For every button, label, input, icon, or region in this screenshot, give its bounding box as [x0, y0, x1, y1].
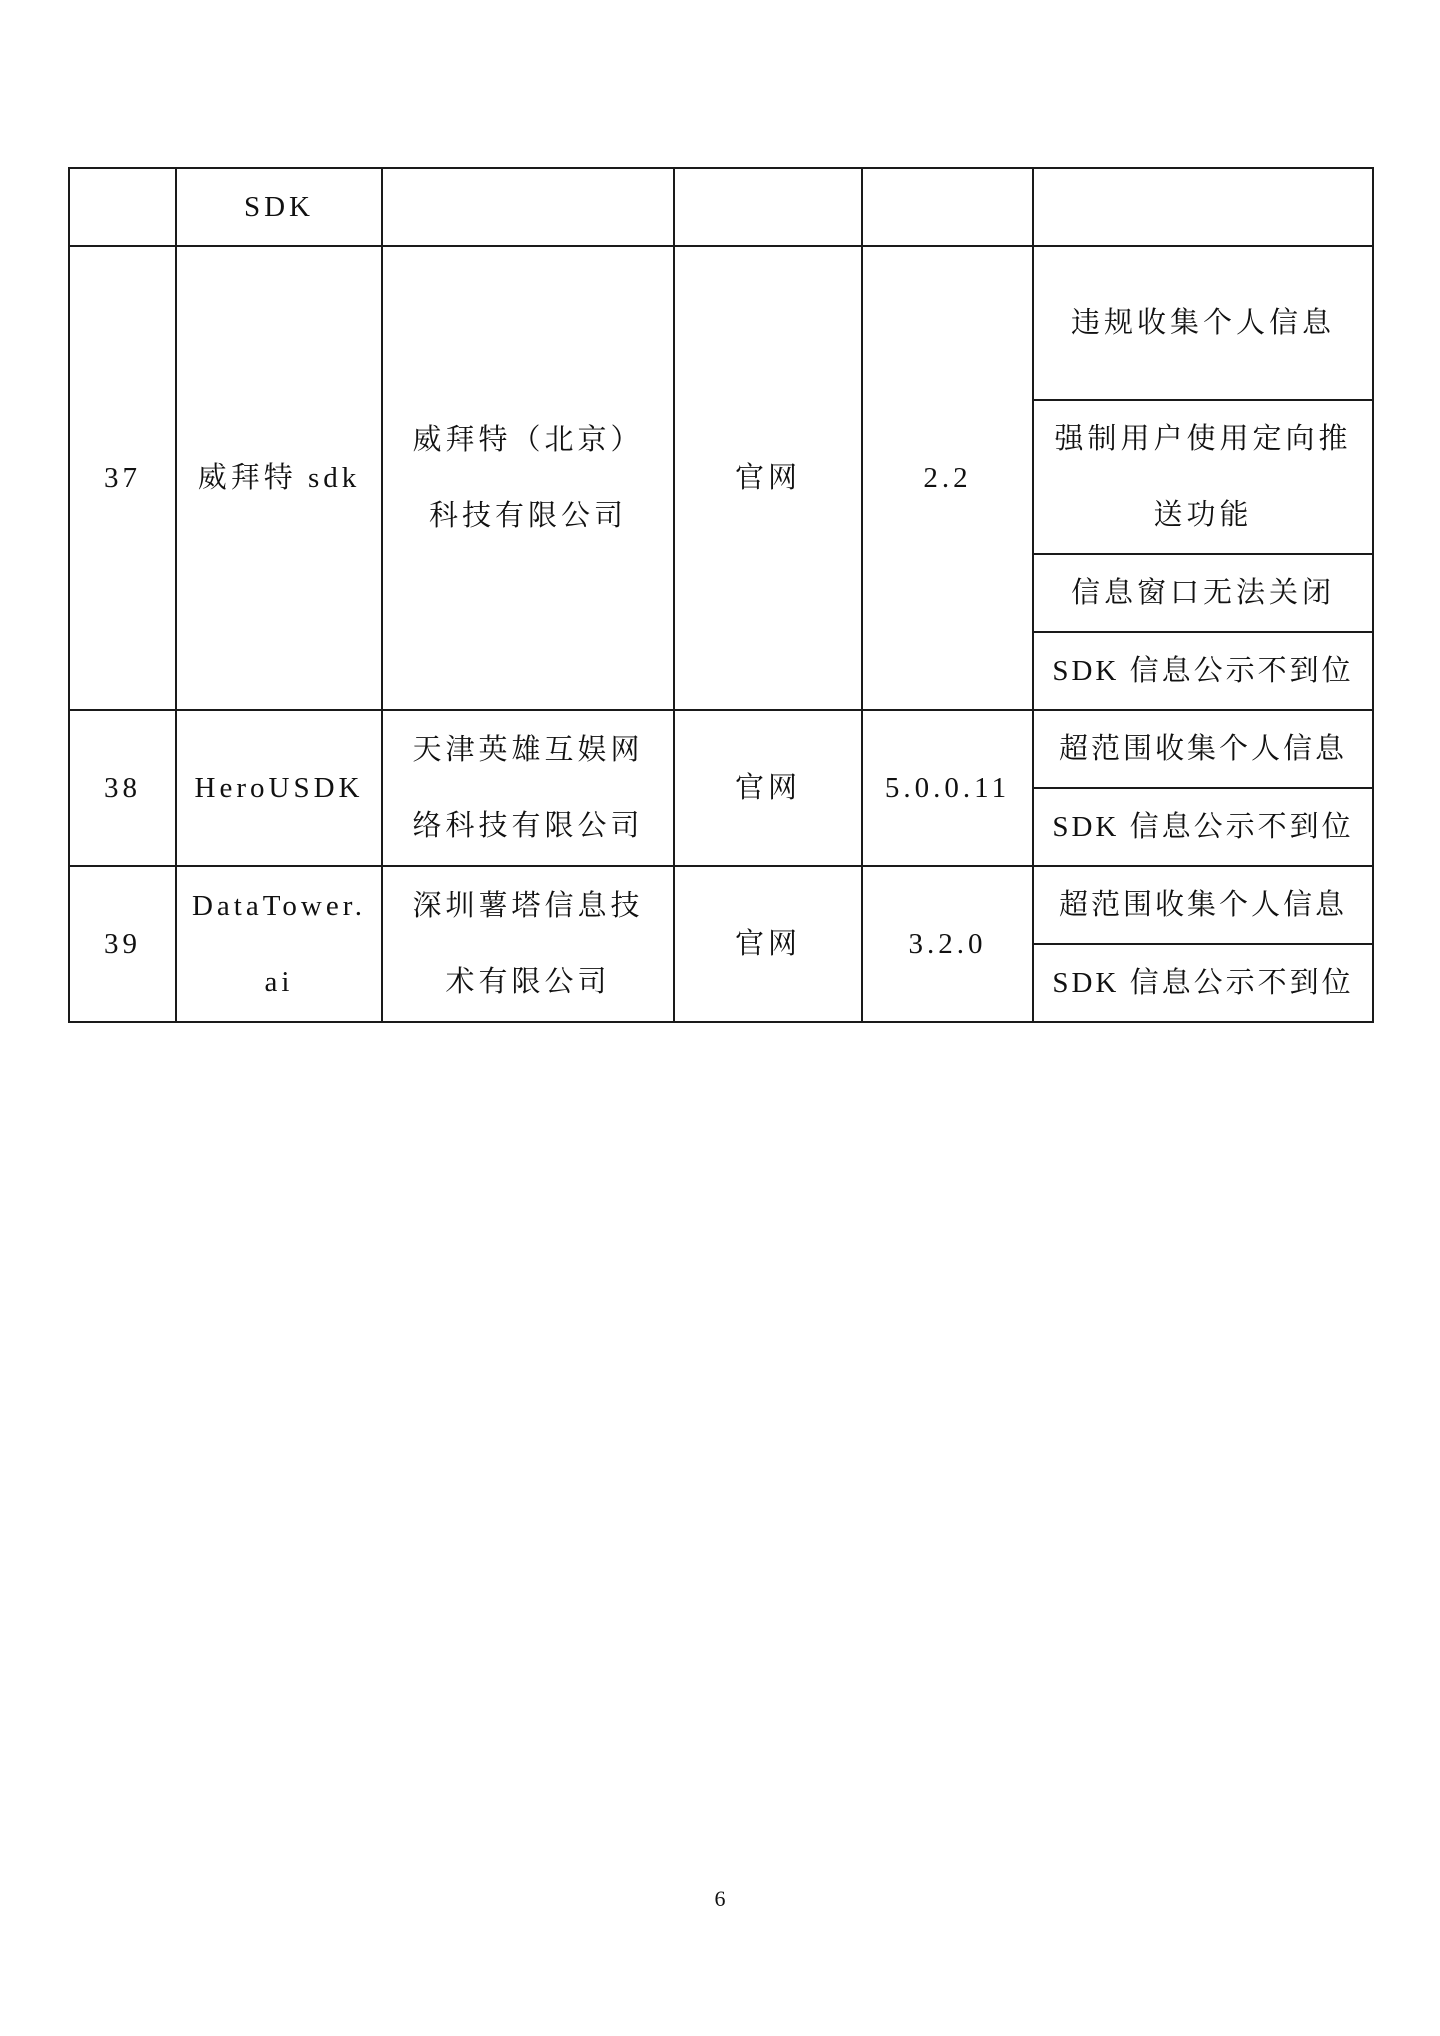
table-row-continuation: SDK [69, 168, 1373, 246]
cell-index: 38 [69, 710, 176, 866]
cell-issue: 强制用户使用定向推送功能 [1033, 400, 1373, 554]
cell-sdk-name: 威拜特 sdk [176, 246, 382, 710]
cell-sdk-name: DataTower.ai [176, 866, 382, 1022]
table-row: 38 HeroUSDK 天津英雄互娱网络科技有限公司 官网 5.0.0.11 超… [69, 710, 1373, 788]
cell-developer: 天津英雄互娱网络科技有限公司 [382, 710, 674, 866]
cell-developer: 威拜特（北京）科技有限公司 [382, 246, 674, 710]
cell-version: 2.2 [862, 246, 1033, 710]
cell-issue: SDK 信息公示不到位 [1033, 632, 1373, 710]
cell-developer [382, 168, 674, 246]
cell-index [69, 168, 176, 246]
cell-issue: 超范围收集个人信息 [1033, 866, 1373, 944]
page-number: 6 [0, 1886, 1440, 1912]
cell-source [674, 168, 862, 246]
cell-issue: 超范围收集个人信息 [1033, 710, 1373, 788]
cell-source: 官网 [674, 866, 862, 1022]
table-row: 37 威拜特 sdk 威拜特（北京）科技有限公司 官网 2.2 违规收集个人信息 [69, 246, 1373, 400]
cell-source: 官网 [674, 710, 862, 866]
cell-index: 37 [69, 246, 176, 710]
cell-version: 3.2.0 [862, 866, 1033, 1022]
cell-sdk-name: HeroUSDK [176, 710, 382, 866]
cell-developer: 深圳薯塔信息技术有限公司 [382, 866, 674, 1022]
cell-version: 5.0.0.11 [862, 710, 1033, 866]
cell-issue: 信息窗口无法关闭 [1033, 554, 1373, 632]
cell-issue: 违规收集个人信息 [1033, 246, 1373, 400]
cell-version [862, 168, 1033, 246]
document-page: SDK 37 威拜特 sdk 威拜特（北京）科技有限公司 官网 2.2 违规收集… [0, 0, 1440, 2036]
sdk-issues-table: SDK 37 威拜特 sdk 威拜特（北京）科技有限公司 官网 2.2 违规收集… [68, 167, 1374, 1023]
table-row: 39 DataTower.ai 深圳薯塔信息技术有限公司 官网 3.2.0 超范… [69, 866, 1373, 944]
cell-issue: SDK 信息公示不到位 [1033, 944, 1373, 1022]
cell-source: 官网 [674, 246, 862, 710]
cell-issue: SDK 信息公示不到位 [1033, 788, 1373, 866]
cell-issue [1033, 168, 1373, 246]
cell-sdk-name: SDK [176, 168, 382, 246]
cell-index: 39 [69, 866, 176, 1022]
